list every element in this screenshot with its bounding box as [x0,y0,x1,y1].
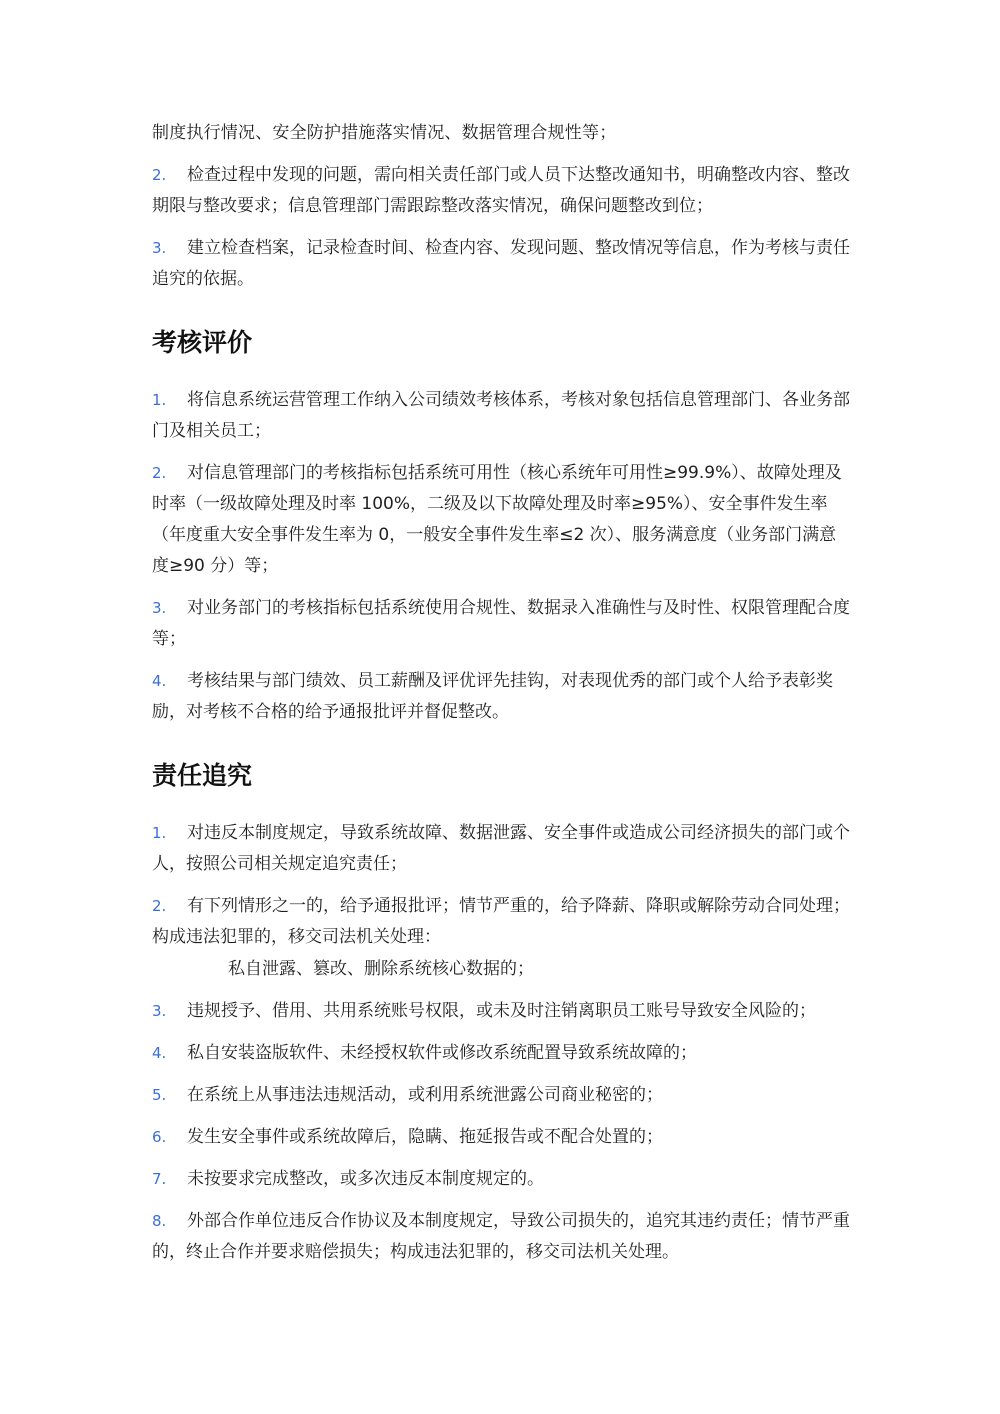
list-number: 7. [152,1164,187,1195]
paragraph-continuation: 制度执行情况、安全防护措施落实情况、数据管理合规性等； [152,118,852,149]
list-number: 3. [152,593,187,624]
list-text: 有下列情形之一的，给予通报批评；情节严重的，给予降薪、降职或解除劳动合同处理；构… [152,896,850,947]
list-item: 4.考核结果与部门绩效、员工薪酬及评优评先挂钩，对表现优秀的部门或个人给予表彰奖… [152,666,852,728]
list-item: 7.未按要求完成整改，或多次违反本制度规定的。 [152,1164,852,1195]
list-item: 2.检查过程中发现的问题，需向相关责任部门或人员下达整改通知书，明确整改内容、整… [152,160,852,222]
list-number: 5. [152,1080,187,1111]
list-item: 1.对违反本制度规定，导致系统故障、数据泄露、安全事件或造成公司经济损失的部门或… [152,818,852,880]
list-number: 6. [152,1122,187,1153]
list-text: 外部合作单位违反合作协议及本制度规定，导致公司损失的，追究其违约责任；情节严重的… [152,1211,850,1262]
list-number: 1. [152,385,187,416]
list-item: 5.在系统上从事违法违规活动，或利用系统泄露公司商业秘密的； [152,1080,852,1111]
section-heading-assessment: 考核评价 [152,323,852,363]
list-number: 3. [152,996,187,1027]
list-text: 发生安全事件或系统故障后，隐瞒、拖延报告或不配合处置的； [187,1127,663,1147]
list-item: 2.有下列情形之一的，给予通报批评；情节严重的，给予降薪、降职或解除劳动合同处理… [152,891,852,953]
list-number: 8. [152,1206,187,1237]
list-number: 4. [152,666,187,697]
list-item: 3.建立检查档案，记录检查时间、检查内容、发现问题、整改情况等信息，作为考核与责… [152,233,852,295]
list-text: 对业务部门的考核指标包括系统使用合规性、数据录入准确性与及时性、权限管理配合度等… [152,598,850,649]
list-item: 1.将信息系统运营管理工作纳入公司绩效考核体系，考核对象包括信息管理部门、各业务… [152,385,852,447]
list-item: 2.对信息管理部门的考核指标包括系统可用性（核心系统年可用性≥99.9%）、故障… [152,458,852,582]
sub-list-item: 私自泄露、篡改、删除系统核心数据的； [152,954,852,985]
section-heading-accountability: 责任追究 [152,756,852,796]
list-number: 2. [152,891,187,922]
list-text: 检查过程中发现的问题，需向相关责任部门或人员下达整改通知书，明确整改内容、整改期… [152,165,850,216]
list-number: 4. [152,1038,187,1069]
list-item: 4.私自安装盗版软件、未经授权软件或修改系统配置导致系统故障的； [152,1038,852,1069]
list-text: 对信息管理部门的考核指标包括系统可用性（核心系统年可用性≥99.9%）、故障处理… [152,463,842,576]
list-item: 3.对业务部门的考核指标包括系统使用合规性、数据录入准确性与及时性、权限管理配合… [152,593,852,655]
list-text: 将信息系统运营管理工作纳入公司绩效考核体系，考核对象包括信息管理部门、各业务部门… [152,390,850,441]
list-text: 对违反本制度规定，导致系统故障、数据泄露、安全事件或造成公司经济损失的部门或个人… [152,823,850,874]
document-page: 制度执行情况、安全防护措施落实情况、数据管理合规性等； 2.检查过程中发现的问题… [152,118,852,1279]
list-text: 考核结果与部门绩效、员工薪酬及评优评先挂钩，对表现优秀的部门或个人给予表彰奖励，… [152,671,833,722]
list-number: 2. [152,160,187,191]
list-text: 违规授予、借用、共用系统账号权限，或未及时注销离职员工账号导致安全风险的； [187,1001,816,1021]
list-text: 私自安装盗版软件、未经授权软件或修改系统配置导致系统故障的； [187,1043,697,1063]
list-item: 3.违规授予、借用、共用系统账号权限，或未及时注销离职员工账号导致安全风险的； [152,996,852,1027]
list-text: 在系统上从事违法违规活动，或利用系统泄露公司商业秘密的； [187,1085,663,1105]
list-text: 建立检查档案，记录检查时间、检查内容、发现问题、整改情况等信息，作为考核与责任追… [152,238,850,289]
list-text: 未按要求完成整改，或多次违反本制度规定的。 [187,1169,544,1189]
list-number: 1. [152,818,187,849]
list-number: 3. [152,233,187,264]
list-item: 6.发生安全事件或系统故障后，隐瞒、拖延报告或不配合处置的； [152,1122,852,1153]
list-number: 2. [152,458,187,489]
list-item: 8.外部合作单位违反合作协议及本制度规定，导致公司损失的，追究其违约责任；情节严… [152,1206,852,1268]
